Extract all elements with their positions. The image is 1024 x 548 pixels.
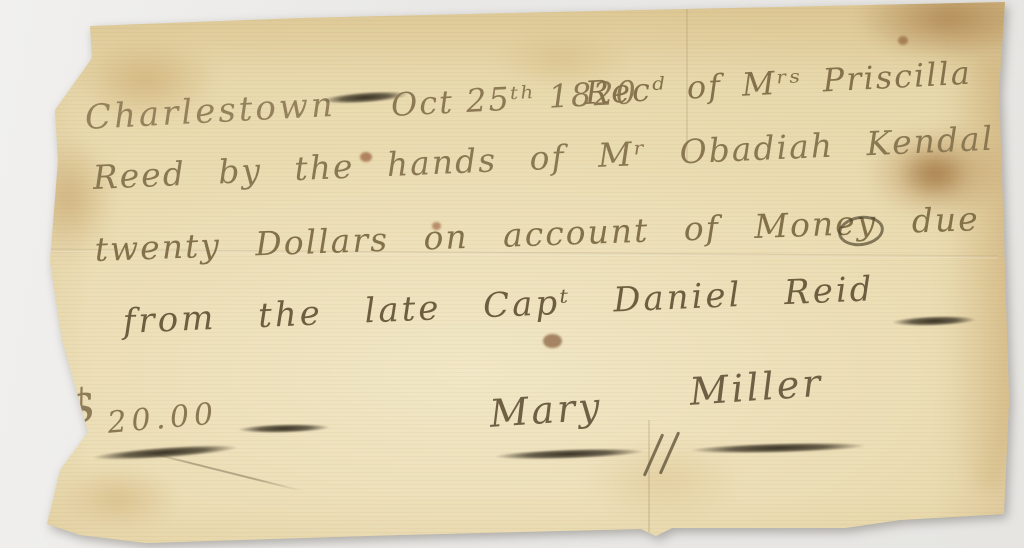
speck-brown-spot xyxy=(543,334,562,348)
paper-surface: Charlestown Oct 25ᵗʰ 1820 Recᵈ of Mʳˢ Pr… xyxy=(0,0,1024,548)
swoosh-under-amount xyxy=(92,442,238,463)
speck-top-right-dot xyxy=(898,36,908,45)
dash-after-amount xyxy=(238,423,330,434)
signature-last-name: Miller xyxy=(688,361,825,414)
fold-crease-vertical-bottom xyxy=(648,420,650,532)
scan-background: Charlestown Oct 25ᵗʰ 1820 Recᵈ of Mʳˢ Pr… xyxy=(0,0,1024,548)
received-of-text: Recᵈ of Mʳˢ Priscilla xyxy=(584,54,973,112)
signature-first-name: Mary xyxy=(488,384,604,436)
amount-value: 20.00 xyxy=(106,396,220,441)
receipt-paper: Charlestown Oct 25ᵗʰ 1820 Recᵈ of Mʳˢ Pr… xyxy=(0,0,1024,548)
debtor-line-text: from the late Capᵗ Daniel Reid xyxy=(122,269,875,342)
flourish-under-last-name xyxy=(690,441,866,456)
dollar-sign: $ xyxy=(62,377,100,435)
stain-bottom-left-corner xyxy=(55,466,180,531)
